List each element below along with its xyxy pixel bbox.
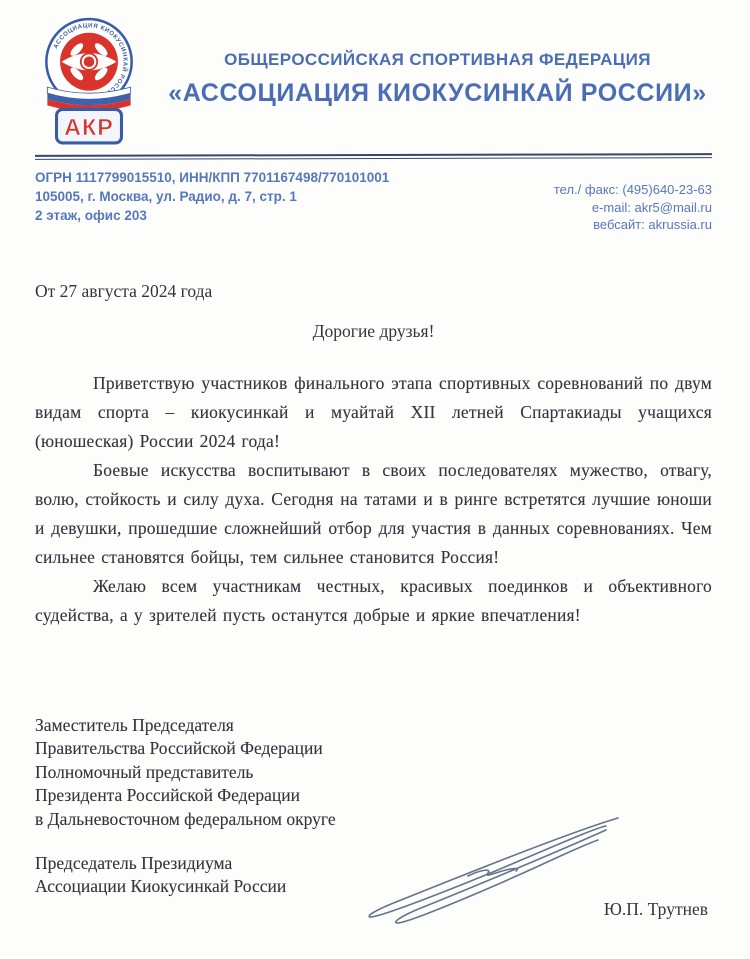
akr-logo: АССОЦИАЦИЯ КИОКУСИНКАЙ РОССИИ — [35, 14, 163, 151]
website-line: вебсайт: akrussia.ru — [554, 216, 712, 234]
signature-section: Председатель Президиума Ассоциации Киоку… — [35, 852, 712, 920]
paragraph-wishes: Желаю всем участникам честных, красивых … — [35, 572, 712, 630]
letter-page: АССОЦИАЦИЯ КИОКУСИНКАЙ РОССИИ — [0, 0, 750, 959]
signer-name: Ю.П. Трутнев — [35, 899, 712, 920]
header-divider — [35, 153, 712, 160]
letterhead: АССОЦИАЦИЯ КИОКУСИНКАЙ РОССИИ — [35, 14, 712, 151]
logo-acronym: АКР — [64, 114, 114, 140]
email-line: e-mail: akr5@mail.ru — [554, 199, 712, 217]
registration-address-block: ОГРН 1117799015510, ИНН/КПП 7701167498/7… — [35, 168, 389, 234]
letter-date: От 27 августа 2024 года — [35, 281, 712, 302]
title-line: Заместитель Председателя — [35, 714, 712, 738]
akr-logo-icon: АССОЦИАЦИЯ КИОКУСИНКАЙ РОССИИ — [35, 14, 143, 146]
official-titles-block: Заместитель Председателя Правительства Р… — [35, 714, 712, 832]
logo-plaque: АКР — [57, 109, 122, 143]
org-title-line: Председатель Президиума — [35, 852, 712, 875]
address-line: 105005, г. Москва, ул. Радио, д. 7, стр.… — [35, 187, 389, 206]
letterhead-titles: ОБЩЕРОССИЙСКАЯ СПОРТИВНАЯ ФЕДЕРАЦИЯ «АСС… — [163, 14, 712, 108]
title-line: Правительства Российской Федерации — [35, 737, 712, 761]
paragraph-greeting: Приветствую участников финального этапа … — [35, 369, 712, 456]
phone-fax-line: тел./ факс: (495)640-23-63 — [554, 181, 712, 199]
federation-title: ОБЩЕРОССИЙСКАЯ СПОРТИВНАЯ ФЕДЕРАЦИЯ — [163, 50, 712, 70]
contact-block: ОГРН 1117799015510, ИНН/КПП 7701167498/7… — [35, 168, 712, 234]
salutation: Дорогие друзья! — [35, 321, 712, 342]
letter-body: Приветствую участников финального этапа … — [35, 369, 712, 630]
phone-email-block: тел./ факс: (495)640-23-63 e-mail: akr5@… — [554, 168, 712, 234]
organization-title: «АССОЦИАЦИЯ КИОКУСИНКАЙ РОССИИ» — [163, 79, 712, 108]
title-line: Президента Российской Федерации — [35, 784, 712, 808]
ogrn-inn-line: ОГРН 1117799015510, ИНН/КПП 7701167498/7… — [35, 168, 389, 187]
office-line: 2 этаж, офис 203 — [35, 206, 389, 225]
org-titles-block: Председатель Президиума Ассоциации Киоку… — [35, 852, 712, 898]
paragraph-martial-arts: Боевые искусства воспитывают в своих пос… — [35, 456, 712, 572]
title-line: в Дальневосточном федеральном округе — [35, 808, 712, 832]
org-title-line: Ассоциации Киокусинкай России — [35, 875, 712, 898]
title-line: Полномочный представитель — [35, 761, 712, 785]
